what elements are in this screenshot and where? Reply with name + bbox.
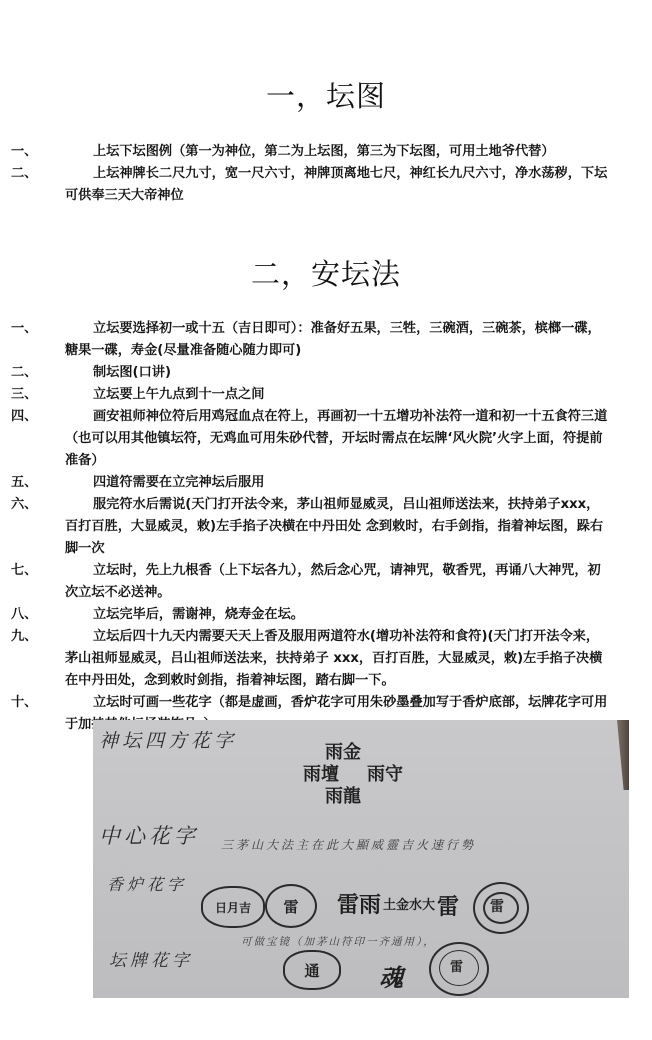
section2-list: 一、 立坛要选择初一或十五（吉日即可）：准备好五果，三牲，三碗酒，三碗茶，槟榔一… — [38, 318, 608, 736]
label-four-directions: 神坛四方花字 — [99, 726, 237, 753]
list-item-text: 立坛要选择初一或十五（吉日即可）：准备好五果，三牲，三碗酒，三碗茶，槟榔一碟，糖… — [65, 318, 608, 362]
list-item-text: 立坛要上午九点到十一点之间 — [65, 384, 608, 406]
list-marker: 四、 — [11, 406, 61, 428]
label-incense-burner: 香炉花字 — [107, 872, 187, 895]
list-item: 九、 立坛后四十九天内需要天天上香及服用两道符水(增功补法符和食符)(天门打开法… — [38, 626, 608, 692]
tablet-spiral-glyph: 雷 — [450, 956, 463, 975]
list-item: 二、 制坛图(口讲) — [38, 362, 608, 384]
list-item: 六、 服完符水后需说(天门打开法令来，茅山祖师显威灵，吕山祖师送法来，扶持弟子x… — [38, 494, 608, 560]
photo-shadow-edge — [617, 720, 629, 790]
section2-title: 二，安坛法 — [0, 252, 652, 293]
list-item: 一、 上坛下坛图例（第一为神位，第二为上坛图，第三为下坛图，可用土地爷代替） — [38, 141, 608, 163]
list-item: 五、 四道符需要在立完神坛后服用 — [38, 472, 608, 494]
center-glyph-text: 三茅山大法主在此大顯威靈吉火速行勢 — [221, 836, 476, 853]
incense-spiral-glyph: 雷 — [490, 896, 504, 916]
incense-glyph-4: 土金水大 — [383, 894, 435, 913]
label-altar-tablet: 坛牌花字 — [109, 946, 193, 971]
label-center: 中心花字 — [99, 820, 199, 850]
list-item-text: 上坛下坛图例（第一为神位，第二为上坛图，第三为下坛图，可用土地爷代替） — [65, 141, 608, 163]
list-marker: 二、 — [11, 163, 61, 185]
list-marker: 一、 — [11, 318, 61, 340]
list-item-text: 立坛后四十九天内需要天天上香及服用两道符水(增功补法符和食符)(天门打开法令来，… — [65, 626, 608, 692]
list-item: 七、 立坛时，先上九根香（上下坛各九），然后念心咒，请神咒，敬香咒，再诵八大神咒… — [38, 560, 608, 604]
list-item-text: 立坛时，先上九根香（上下坛各九），然后念心咒，请神咒，敬香咒，再诵八大神咒，初次… — [65, 560, 608, 604]
list-item-text: 服完符水后需说(天门打开法令来，茅山祖师显威灵，吕山祖师送法来，扶持弟子xxx，… — [65, 494, 608, 560]
incense-seal-1: 日月吉 — [201, 886, 265, 928]
tablet-seal-1: 通 — [283, 950, 341, 990]
list-marker: 七、 — [11, 560, 61, 582]
glyph-south: 雨龍 — [325, 782, 361, 808]
list-item-text: 四道符需要在立完神坛后服用 — [65, 472, 608, 494]
list-marker: 八、 — [11, 604, 61, 626]
list-item-text: 立坛完毕后，需谢神，烧寿金在坛。 — [65, 604, 608, 626]
glyph-east: 雨守 — [367, 760, 403, 786]
list-marker: 五、 — [11, 472, 61, 494]
section1-title: 一，坛图 — [0, 74, 652, 115]
list-marker: 二、 — [11, 362, 61, 384]
list-marker: 一、 — [11, 141, 61, 163]
list-item: 八、 立坛完毕后，需谢神，烧寿金在坛。 — [38, 604, 608, 626]
list-item: 三、 立坛要上午九点到十一点之间 — [38, 384, 608, 406]
list-item: 二、 上坛神牌长二尺九寸，宽一尺六寸，神牌顶离地七尺，神红长九尺六寸，净水荡秽，… — [38, 163, 608, 207]
list-marker: 九、 — [11, 626, 61, 648]
list-item: 一、 立坛要选择初一或十五（吉日即可）：准备好五果，三牲，三碗酒，三碗茶，槟榔一… — [38, 318, 608, 362]
tablet-note: 可做宝镜（加茅山符印一齐通用）， — [241, 934, 436, 949]
handwritten-talisman-photo: 神坛四方花字 雨金 雨壇 雨守 雨龍 中心花字 三茅山大法主在此大顯威靈吉火速行… — [93, 720, 629, 998]
incense-seal-2: 雷 — [265, 884, 317, 928]
list-marker: 三、 — [11, 384, 61, 406]
incense-glyph-5: 雷 — [437, 890, 459, 921]
list-item-text: 画安祖师神位符后用鸡冠血点在符上，再画初一十五增功补法符一道和初一十五食符三道（… — [65, 406, 608, 472]
section1-list: 一、 上坛下坛图例（第一为神位，第二为上坛图，第三为下坛图，可用土地爷代替） 二… — [38, 141, 608, 207]
tablet-glyph-2: 魂 — [379, 958, 403, 993]
list-marker: 六、 — [11, 494, 61, 516]
list-item-text: 上坛神牌长二尺九寸，宽一尺六寸，神牌顶离地七尺，神红长九尺六寸，净水荡秽，下坛可… — [65, 163, 608, 207]
list-item: 四、 画安祖师神位符后用鸡冠血点在符上，再画初一十五增功补法符一道和初一十五食符… — [38, 406, 608, 472]
incense-glyph-3: 雷雨 — [337, 888, 381, 919]
list-item-text: 制坛图(口讲) — [65, 362, 608, 384]
list-marker: 十、 — [11, 692, 61, 714]
